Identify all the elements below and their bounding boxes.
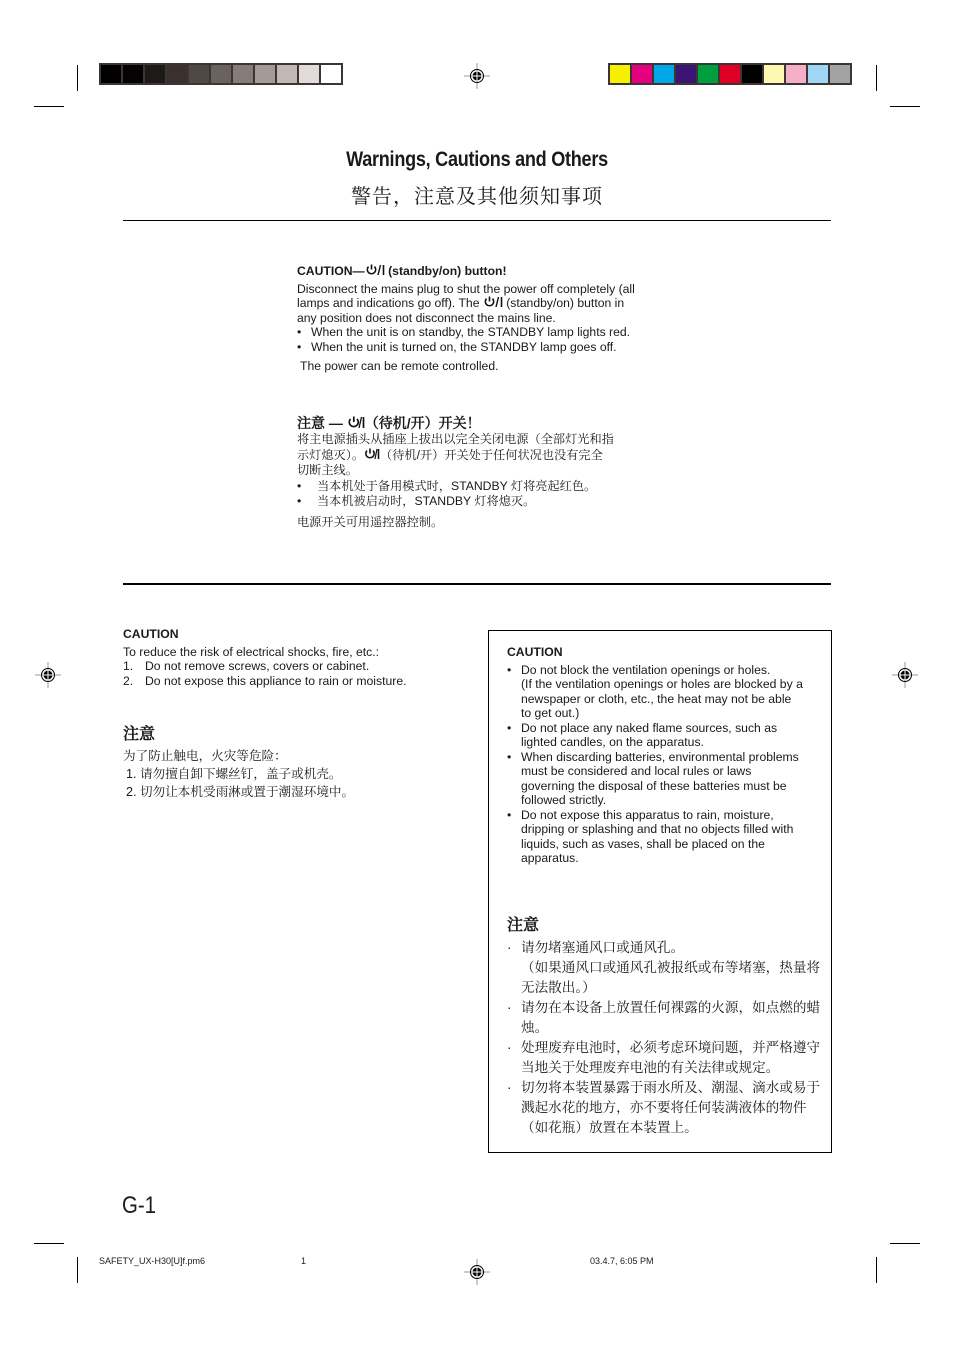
caution-intro-chinese: 为了防止触电，火灾等危险： bbox=[123, 747, 463, 765]
color-swatch bbox=[101, 65, 121, 83]
color-swatch bbox=[233, 65, 253, 83]
color-swatch bbox=[321, 65, 341, 83]
footer-filename: SAFETY_UX-H30[U]f.pm6 bbox=[99, 1256, 205, 1266]
color-swatch bbox=[277, 65, 297, 83]
registration-mark-icon bbox=[464, 1259, 490, 1285]
registration-mark-icon bbox=[464, 63, 490, 89]
caution-box-bullets-chinese: ·请勿堵塞通风口或通风孔。（如果通风口或通风孔被报纸或布等堵塞，热量将无法散出。… bbox=[507, 938, 829, 1138]
header-divider bbox=[123, 220, 831, 221]
bullet-item: ·请勿在本设备上放置任何裸露的火源，如点燃的蜡烛。 bbox=[507, 998, 829, 1038]
color-swatch bbox=[676, 65, 696, 83]
numbered-item: 2.Do not expose this appliance to rain o… bbox=[123, 674, 463, 689]
page-title: Warnings, Cautions and Others bbox=[67, 148, 887, 172]
crop-mark bbox=[77, 65, 78, 91]
color-swatch bbox=[255, 65, 275, 83]
color-swatch bbox=[764, 65, 784, 83]
color-swatch bbox=[698, 65, 718, 83]
standby-caution-section-chinese: 注意 — （待机/开）开关！ 将主电源插头从插座上拔出以完全关闭电源（全部灯光和… bbox=[297, 414, 667, 530]
color-swatch bbox=[632, 65, 652, 83]
bullet-item: •当本机处于备用模式时，STANDBY 灯将亮起红色。 bbox=[297, 479, 667, 495]
caution-heading-chinese: 注意 bbox=[123, 725, 463, 745]
color-swatch bbox=[167, 65, 187, 83]
caution-box-english: CAUTION •Do not block the ventilation op… bbox=[507, 645, 825, 866]
color-swatch bbox=[299, 65, 319, 83]
electrical-caution-section: CAUTION To reduce the risk of electrical… bbox=[123, 627, 463, 688]
bullet-item: •When the unit is turned on, the STANDBY… bbox=[297, 340, 667, 355]
caution-box-bullets: •Do not block the ventilation openings o… bbox=[507, 663, 825, 866]
color-swatch bbox=[830, 65, 850, 83]
standby-power-icon bbox=[483, 296, 503, 308]
registration-mark-icon bbox=[35, 662, 61, 688]
color-swatch bbox=[720, 65, 740, 83]
color-swatch bbox=[808, 65, 828, 83]
grayscale-color-bar bbox=[99, 63, 343, 85]
remote-control-note: The power can be remote controlled. bbox=[297, 359, 667, 374]
bullet-item: •Do not expose this apparatus to rain, m… bbox=[507, 808, 825, 866]
color-swatch bbox=[145, 65, 165, 83]
standby-caution-section: CAUTION— (standby/on) button! Disconnect… bbox=[297, 264, 667, 374]
color-swatch bbox=[654, 65, 674, 83]
color-swatch bbox=[189, 65, 209, 83]
bullet-item: •When the unit is on standby, the STANDB… bbox=[297, 325, 667, 340]
standby-caution-heading-chinese: 注意 — （待机/开）开关！ bbox=[297, 414, 667, 432]
color-swatch bbox=[742, 65, 762, 83]
crop-mark bbox=[876, 65, 877, 91]
color-swatch bbox=[211, 65, 231, 83]
crop-mark bbox=[890, 106, 920, 107]
bullet-item: •When discarding batteries, environmenta… bbox=[507, 750, 825, 808]
caution-heading: CAUTION bbox=[123, 627, 463, 642]
caution-heading: CAUTION bbox=[507, 645, 825, 660]
bullet-item: •Do not place any naked flame sources, s… bbox=[507, 721, 825, 750]
caution-intro: To reduce the risk of electrical shocks,… bbox=[123, 645, 463, 660]
bullet-item: ·请勿堵塞通风口或通风孔。（如果通风口或通风孔被报纸或布等堵塞，热量将无法散出。… bbox=[507, 938, 829, 998]
standby-caution-paragraph: Disconnect the mains plug to shut the po… bbox=[297, 282, 667, 326]
crop-mark bbox=[34, 1243, 64, 1244]
standby-caution-heading: CAUTION— (standby/on) button! bbox=[297, 264, 667, 279]
page-title-chinese: 警告，注意及其他须知事项 bbox=[0, 180, 954, 209]
standby-caution-paragraph-chinese: 将主电源插头从插座上拔出以完全关闭电源（全部灯光和指 示灯熄灭）。（待机/开）开… bbox=[297, 432, 667, 479]
footer-timestamp: 03.4.7, 6:05 PM bbox=[590, 1256, 654, 1266]
electrical-caution-section-chinese: 注意 为了防止触电，火灾等危险： 1.请勿擅自卸下螺丝钉，盖子或机壳。 2.切勿… bbox=[123, 725, 463, 801]
footer-page: 1 bbox=[301, 1256, 306, 1266]
caution-box: CAUTION •Do not block the ventilation op… bbox=[488, 630, 832, 1153]
bullet-item: ·切勿将本装置暴露于雨水所及、潮湿、滴水或易于溅起水花的地方，亦不要将任何装满液… bbox=[507, 1078, 829, 1138]
caution-box-chinese: 注意 ·请勿堵塞通风口或通风孔。（如果通风口或通风孔被报纸或布等堵塞，热量将无法… bbox=[507, 916, 829, 1138]
registration-mark-icon bbox=[892, 662, 918, 688]
crop-mark bbox=[77, 1257, 78, 1283]
crop-mark bbox=[890, 1243, 920, 1244]
crop-mark bbox=[34, 106, 64, 107]
standby-power-icon bbox=[364, 448, 380, 460]
numbered-item: 1.请勿擅自卸下螺丝钉，盖子或机壳。 bbox=[123, 765, 463, 783]
crop-mark bbox=[876, 1257, 877, 1283]
standby-power-icon bbox=[347, 416, 365, 429]
numbered-item: 2.切勿让本机受雨淋或置于潮湿环境中。 bbox=[123, 783, 463, 801]
color-swatch bbox=[123, 65, 143, 83]
standby-power-icon bbox=[365, 264, 385, 276]
remote-control-note-chinese: 电源开关可用遥控器控制。 bbox=[297, 515, 667, 531]
page-number: G-1 bbox=[122, 1192, 156, 1220]
section-divider bbox=[123, 583, 831, 585]
bullet-item: •Do not block the ventilation openings o… bbox=[507, 663, 825, 721]
process-color-bar bbox=[608, 63, 852, 85]
bullet-item: ·处理废弃电池时，必须考虑环境问题，并严格遵守当地关于处理废弃电池的有关法律或规… bbox=[507, 1038, 829, 1078]
caution-heading-chinese: 注意 bbox=[507, 916, 829, 936]
bullet-item: •当本机被启动时，STANDBY 灯将熄灭。 bbox=[297, 494, 667, 510]
color-swatch bbox=[610, 65, 630, 83]
numbered-item: 1.Do not remove screws, covers or cabine… bbox=[123, 659, 463, 674]
color-swatch bbox=[786, 65, 806, 83]
